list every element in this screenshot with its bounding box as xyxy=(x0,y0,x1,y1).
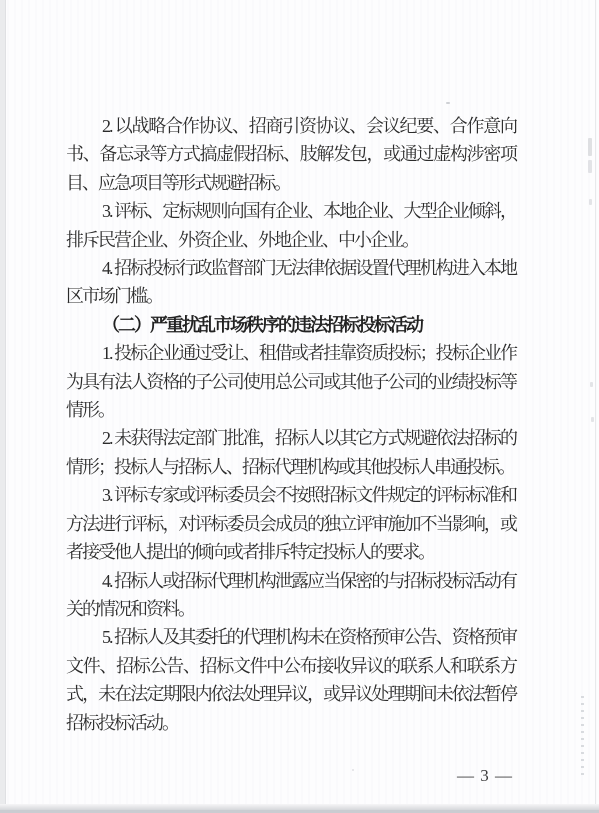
paragraph: 5. 招标人及其委托的代理机构未在资格预审公告、资格预审文件、招标公告、招标文件… xyxy=(66,623,516,737)
scan-speckle xyxy=(446,102,450,104)
scan-edge-right xyxy=(595,0,596,813)
paragraph: 1. 投标企业通过受让、租借或者挂靠资质投标；投标企业作为具有法人资格的子公司使… xyxy=(66,339,516,424)
scan-speckle xyxy=(590,382,593,387)
scan-speckle xyxy=(588,138,592,156)
scan-edge-left xyxy=(0,0,6,813)
paragraph: 2. 以战略合作协议、招商引资协议、会议纪要、合作意向书、备忘录等方式搞虚假招标… xyxy=(66,112,516,197)
scan-edge-bottom xyxy=(0,804,599,813)
scanned-page: 2. 以战略合作协议、招商引资协议、会议纪要、合作意向书、备忘录等方式搞虚假招标… xyxy=(0,0,599,813)
page-number: — 3 — xyxy=(457,766,513,786)
scan-speckle xyxy=(589,199,592,205)
paragraph: 4. 招标人或招标代理机构泄露应当保密的与招标投标活动有关的情况和资料。 xyxy=(66,567,516,624)
scan-speckle xyxy=(588,160,592,173)
scan-speckle xyxy=(352,769,354,771)
paragraph: 2. 未获得法定部门批准，招标人以其它方式规避依法招标的情形；投标人与招标人、招… xyxy=(66,424,516,481)
section-heading: （二）严重扰乱市场秩序的违法招标投标活动 xyxy=(66,311,516,339)
scan-bleedthrough-marks xyxy=(581,696,584,778)
scan-speckle xyxy=(591,417,594,422)
paragraph: 4. 招标投标行政监督部门无法律依据设置代理机构进入本地区市场门槛。 xyxy=(66,254,516,311)
paragraph: 3. 评标专家或评标委员会不按照招标文件规定的评标标准和方法进行评标，对评标委员… xyxy=(66,481,516,566)
document-body: 2. 以战略合作协议、招商引资协议、会议纪要、合作意向书、备忘录等方式搞虚假招标… xyxy=(66,112,516,737)
paragraph: 3. 评标、定标规则向国有企业、本地企业、大型企业倾斜，排斥民营企业、外资企业、… xyxy=(66,197,516,254)
